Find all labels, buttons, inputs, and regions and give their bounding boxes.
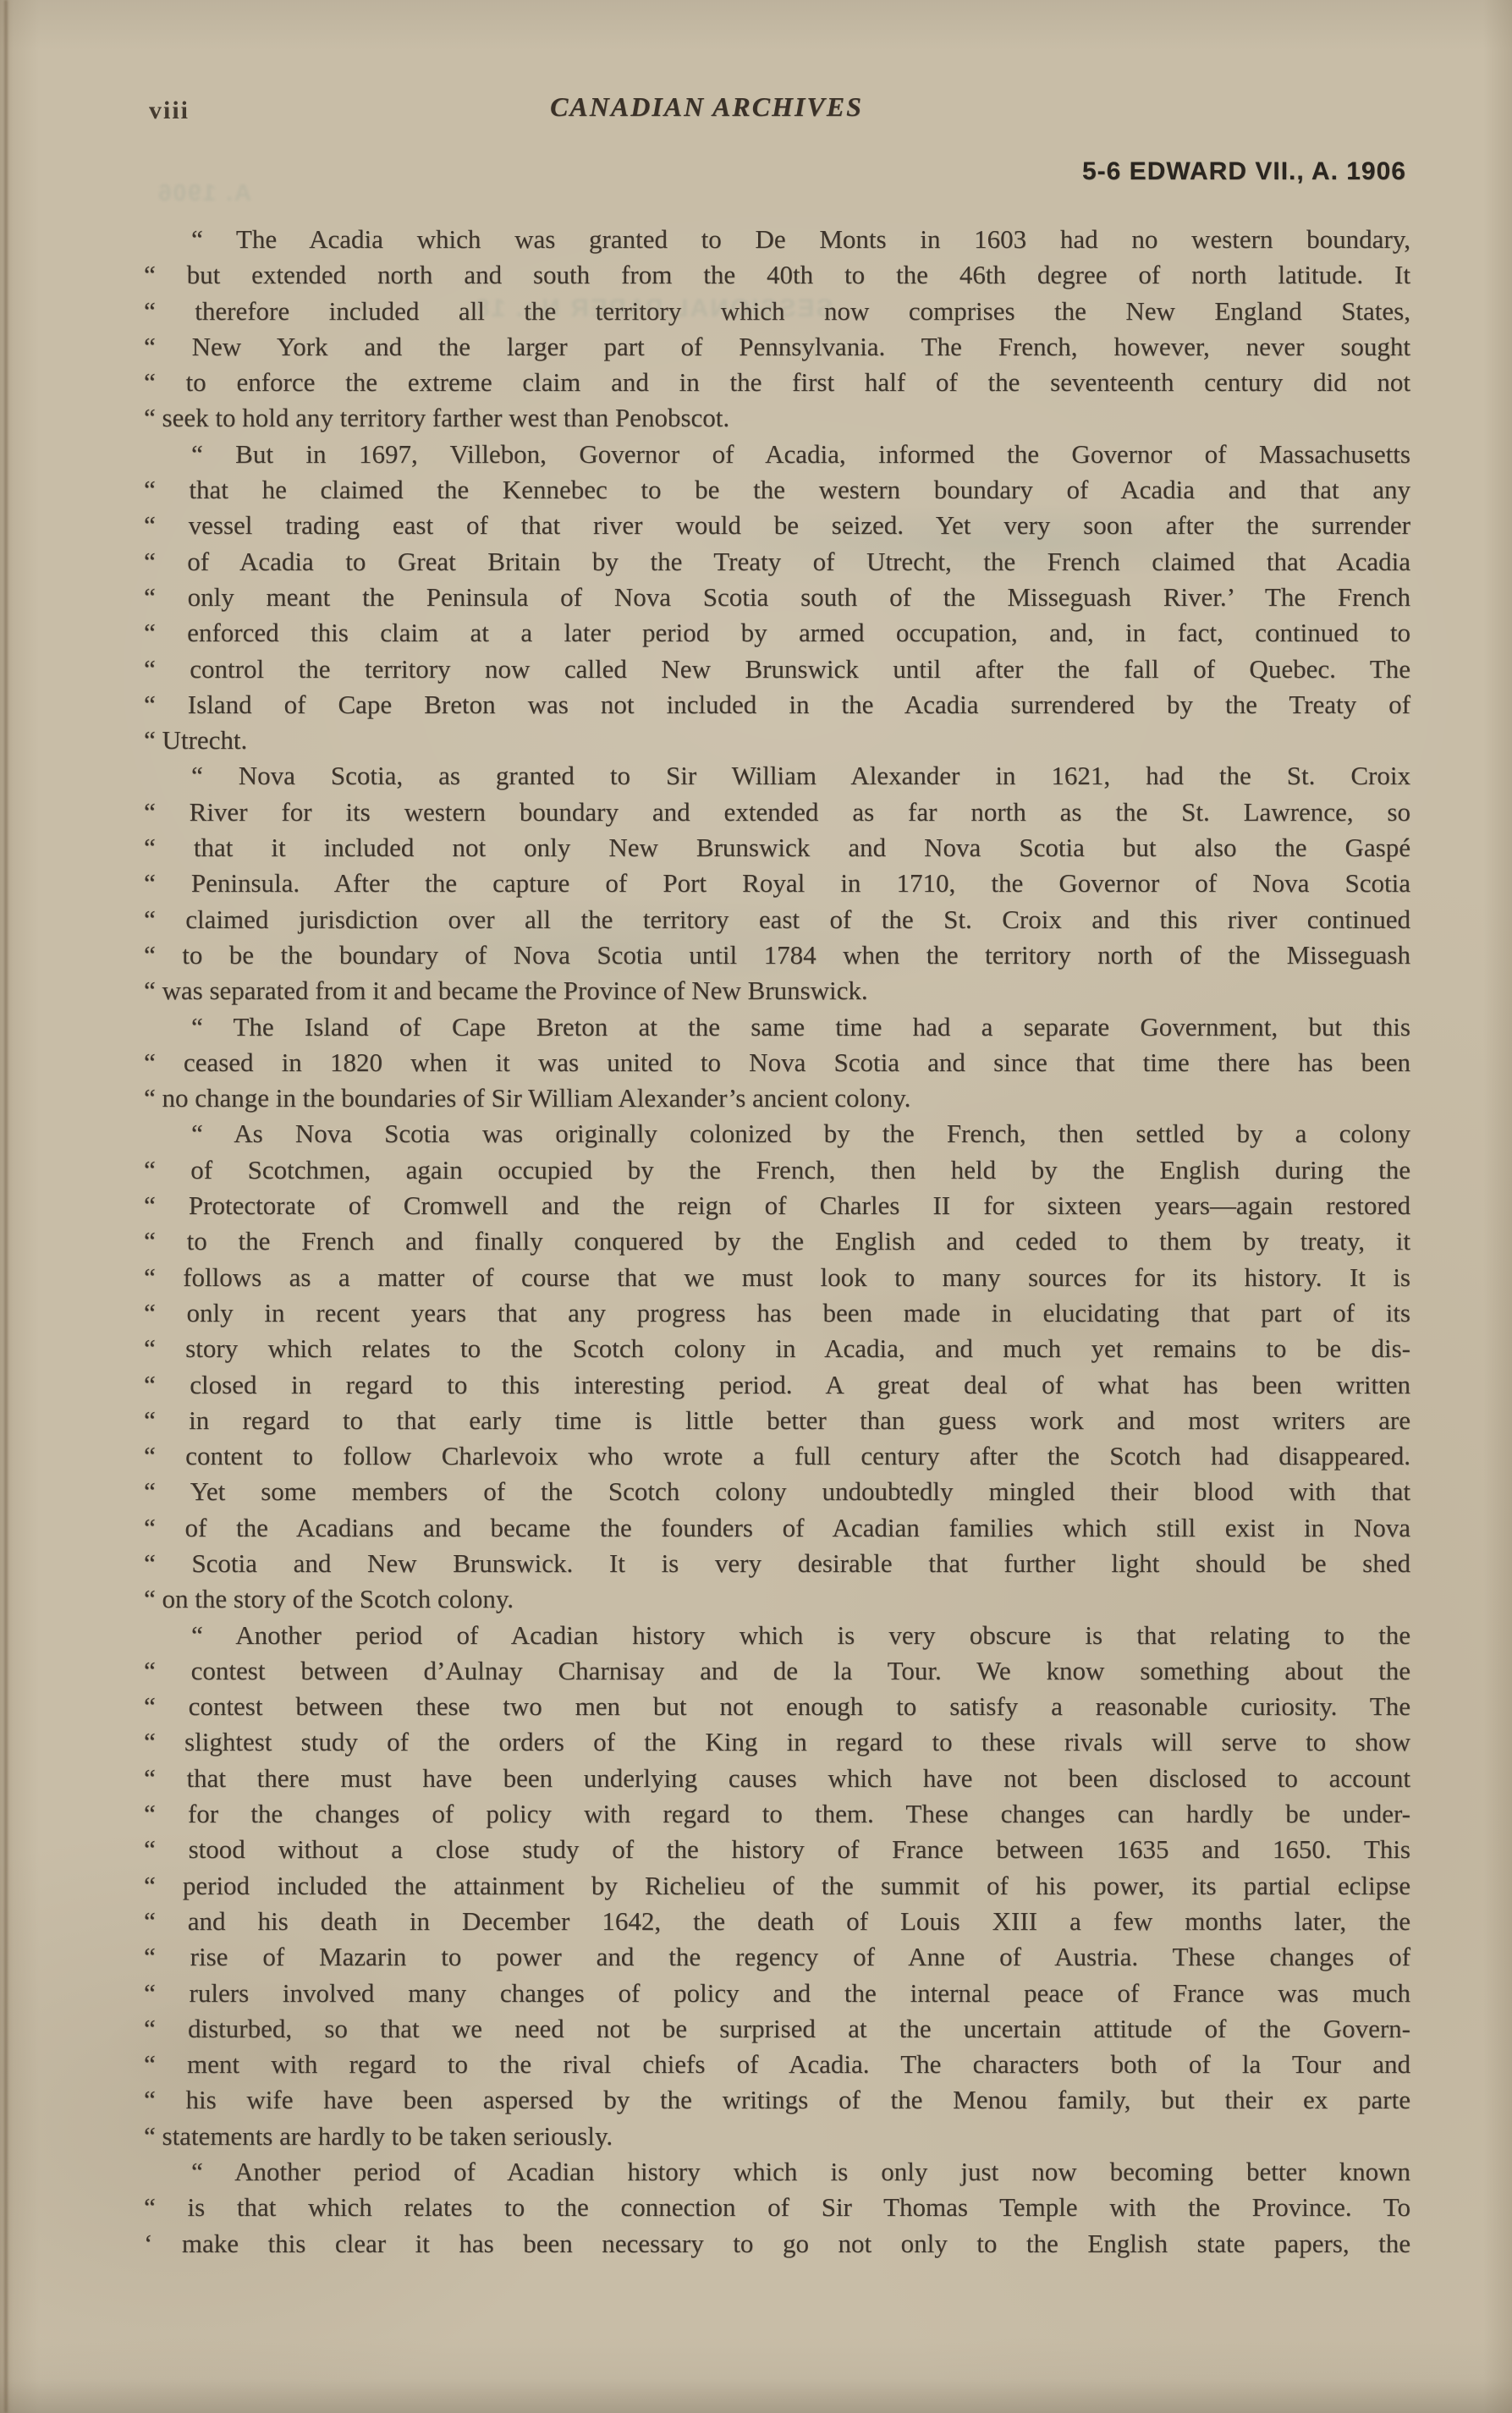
paragraph: “ Another period of Acadian history whic… (144, 1618, 1410, 2154)
text-line: “ story which relates to the Scotch colo… (144, 1331, 1410, 1366)
paragraph: “ The Island of Cape Breton at the same … (144, 1009, 1410, 1117)
text-line: “ Peninsula. After the capture of Port R… (144, 866, 1410, 901)
text-line: “ only in recent years that any progress… (144, 1295, 1410, 1331)
text-line: ‘ make this clear it has been necessary … (144, 2226, 1410, 2262)
text-line: “ The Acadia which was granted to De Mon… (144, 222, 1410, 257)
paragraph: “ The Acadia which was granted to De Mon… (144, 222, 1410, 437)
text-line: “ vessel trading east of that river woul… (144, 508, 1410, 543)
text-line: “ that there must have been underlying c… (144, 1761, 1410, 1796)
text-line: “ Scotia and New Brunswick. It is very d… (144, 1546, 1410, 1581)
text-line: “ Yet some members of the Scotch colony … (144, 1474, 1410, 1509)
bleedthrough-text: A. 1906 (157, 179, 251, 206)
paragraph: “ As Nova Scotia was originally colonize… (144, 1116, 1410, 1617)
text-line: “ on the story of the Scotch colony. (144, 1581, 1410, 1617)
text-line: “ that he claimed the Kennebec to be the… (144, 472, 1410, 508)
text-line: “ rulers involved many changes of policy… (144, 1976, 1410, 2011)
text-line: “ closed in regard to this interesting p… (144, 1367, 1410, 1403)
text-line: “ period included the attainment by Rich… (144, 1868, 1410, 1904)
text-line: “ follows as a matter of course that we … (144, 1260, 1410, 1295)
text-line: “ ment with regard to the rival chiefs o… (144, 2047, 1410, 2082)
text-line: “ of Acadia to Great Britain by the Trea… (144, 544, 1410, 580)
text-line: “ ceased in 1820 when it was united to N… (144, 1045, 1410, 1080)
text-line: “ therefore included all the territory w… (144, 294, 1410, 329)
text-line: “ The Island of Cape Breton at the same … (144, 1009, 1410, 1045)
text-line: “ was separated from it and became the P… (144, 973, 1410, 1009)
text-line: “ content to follow Charlevoix who wrote… (144, 1438, 1410, 1474)
text-line: “ disturbed, so that we need not be surp… (144, 2011, 1410, 2047)
text-line: “ for the changes of policy with regard … (144, 1796, 1410, 1832)
text-line: “ that it included not only New Brunswic… (144, 830, 1410, 866)
text-line: “ Another period of Acadian history whic… (144, 2154, 1410, 2190)
paragraph: “ Nova Scotia, as granted to Sir William… (144, 758, 1410, 1009)
text-line: “ no change in the boundaries of Sir Wil… (144, 1080, 1410, 1116)
text-line: “ of Scotchmen, again occupied by the Fr… (144, 1152, 1410, 1188)
running-title: CANADIAN ARCHIVES (144, 91, 1269, 123)
text-line: “ Another period of Acadian history whic… (144, 1618, 1410, 1653)
text-line: “ but extended north and south from the … (144, 257, 1410, 293)
text-line: “ seek to hold any territory farther wes… (144, 400, 1410, 436)
text-line: “ Nova Scotia, as granted to Sir William… (144, 758, 1410, 794)
text-line: “ to be the boundary of Nova Scotia unti… (144, 937, 1410, 973)
text-line: “ claimed jurisdiction over all the terr… (144, 902, 1410, 937)
text-line: “ control the territory now called New B… (144, 651, 1410, 687)
text-line: “ enforced this claim at a later period … (144, 615, 1410, 651)
text-line: “ Utrecht. (144, 723, 1410, 758)
edition-line: 5-6 EDWARD VII., A. 1906 (1082, 157, 1406, 186)
text-line: “ As Nova Scotia was originally colonize… (144, 1116, 1410, 1152)
text-line: “ New York and the larger part of Pennsy… (144, 329, 1410, 365)
scanned-book-page: SESSIONAL PAPER No. 18 A. 1906 viii CANA… (0, 0, 1512, 2413)
text-line: “ But in 1697, Villebon, Governor of Aca… (144, 437, 1410, 472)
text-line: “ slightest study of the orders of the K… (144, 1724, 1410, 1760)
text-line: “ stood without a close study of the his… (144, 1832, 1410, 1867)
paragraph: “ Another period of Acadian history whic… (144, 2154, 1410, 2262)
text-line: “ Island of Cape Breton was not included… (144, 687, 1410, 723)
text-line: “ of the Acadians and became the founder… (144, 1510, 1410, 1546)
text-line: “ to enforce the extreme claim and in th… (144, 365, 1410, 400)
text-line: “ Protectorate of Cromwell and the reign… (144, 1188, 1410, 1223)
text-line: “ to the French and finally conquered by… (144, 1223, 1410, 1259)
text-line: “ only meant the Peninsula of Nova Scoti… (144, 580, 1410, 615)
text-line: “ contest between d’Aulnay Charnisay and… (144, 1653, 1410, 1689)
text-line: “ in regard to that early time is little… (144, 1403, 1410, 1438)
text-line: “ his wife have been aspersed by the wri… (144, 2082, 1410, 2118)
body-text: “ The Acadia which was granted to De Mon… (144, 222, 1410, 2262)
text-line: “ rise of Mazarin to power and the regen… (144, 1939, 1410, 1975)
text-line: “ statements are hardly to be taken seri… (144, 2119, 1410, 2154)
text-line: “ and his death in December 1642, the de… (144, 1904, 1410, 1939)
text-line: “ contest between these two men but not … (144, 1689, 1410, 1724)
paragraph: “ But in 1697, Villebon, Governor of Aca… (144, 437, 1410, 759)
text-line: “ River for its western boundary and ext… (144, 794, 1410, 830)
page-gutter-edge (4, 0, 8, 2413)
text-line: “ is that which relates to the connectio… (144, 2190, 1410, 2225)
